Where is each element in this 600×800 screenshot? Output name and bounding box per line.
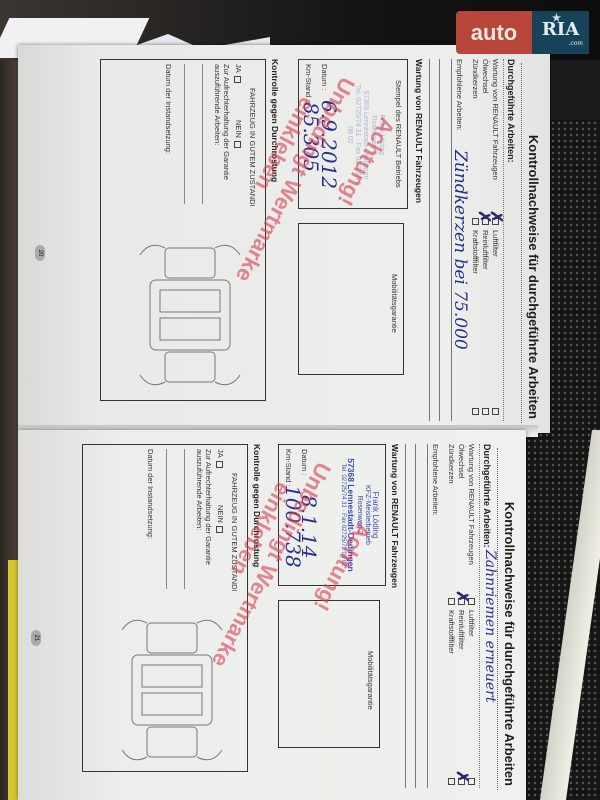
item-label: Luftfilter (467, 610, 476, 637)
repair-date-label: Datum der Instandsetzung: (146, 449, 155, 539)
page-content: Kontrollnachweise für durchgeführte Arbe… (18, 430, 526, 800)
checkbox[interactable] (482, 408, 489, 415)
item-label: Wartung von RENAULT Fahrzeugen (467, 444, 476, 565)
divider (439, 59, 440, 421)
item-label: Kraftstofffilter (447, 610, 456, 654)
mobility-label: Mobilitätsgarantie (366, 651, 375, 710)
date-label: Datum : (320, 64, 329, 90)
autoria-logo: auto ★ RIA .com (456, 11, 589, 54)
recommended-handwritten: Zündkerzen bei 75.000 (450, 150, 470, 350)
yellow-cover-edge (8, 560, 18, 800)
divider (427, 444, 428, 788)
performed-work-heading: Durchgeführte Arbeiten: (506, 59, 516, 163)
vehicle-state: FAHRZEUG IN GUTEM ZUSTAND! (248, 88, 257, 207)
divider (429, 59, 430, 421)
performed-work-heading: Durchgeführte Arbeiten: (482, 444, 492, 548)
divider (479, 444, 480, 788)
car-diagram-icon (117, 615, 227, 765)
recommended-label: Empfohlene Arbeiten: (431, 444, 440, 516)
car-diagram-icon (135, 240, 245, 390)
no-option[interactable]: NEIN (216, 505, 225, 533)
check-mark-icon: ✗ (452, 770, 472, 783)
service-book-page-21: Kontrollnachweise für durchgeführte Arbe… (18, 430, 526, 800)
rust-check-box: FAHRZEUG IN GUTEM ZUSTAND! JA NEIN Zur A… (100, 59, 266, 401)
recommended-label: Empfohlene Arbeiten: (455, 59, 464, 131)
item-label: Zündkerzen (447, 444, 456, 484)
divider (451, 59, 452, 421)
yes-option[interactable]: JA (216, 449, 225, 468)
maintenance-heading: Wartung von RENAULT Fahrzeugen (414, 59, 424, 203)
page-number: 21 (31, 630, 41, 646)
check-mark-icon: ✗ (452, 590, 472, 603)
km-label: Km-Stand : (304, 64, 313, 102)
divider (415, 444, 416, 788)
item-label: Ölwechsel (481, 59, 490, 94)
check-mark-icon: ✗ (474, 210, 494, 223)
maintenance-heading: Wartung von RENAULT Fahrzeugen (390, 444, 400, 588)
logo-ria: ★ RIA .com (532, 11, 589, 54)
page-title: Kontrollnachweise für durchgeführte Arbe… (521, 63, 542, 423)
page-title: Kontrollnachweise für durchgeführte Arbe… (497, 448, 518, 790)
no-option[interactable]: NEIN (234, 120, 243, 148)
logo-auto: auto (456, 11, 532, 54)
mobility-guarantee-box: Mobilitätsgarantie (278, 600, 380, 748)
divider (503, 59, 504, 421)
warranty-text: Zur Aufrechterhaltung der Garantie auszu… (213, 64, 231, 204)
checkbox[interactable] (472, 408, 479, 415)
star-icon: ★ (552, 13, 561, 24)
yes-option[interactable]: JA (234, 64, 243, 83)
item-label: Reinluftfilter (481, 230, 490, 270)
mobility-label: Mobilitätsgarantie (390, 274, 399, 333)
stamp-label: Stempel des RENAULT Betriebs (394, 80, 403, 188)
warranty-text: Zur Aufrechterhaltung der Garantie auszu… (195, 449, 213, 589)
item-label: Wartung von RENAULT Fahrzeugen (491, 59, 500, 180)
service-book-page-20: Kontrollnachweise für durchgeführte Arbe… (18, 45, 550, 433)
km-label: Km-Stand : (284, 449, 293, 487)
rust-check-box: FAHRZEUG IN GUTEM ZUSTAND! JA NEIN Zur A… (82, 444, 248, 772)
repair-date-label: Datum der Instandsetzung: (164, 64, 173, 154)
item-label: Ölwechsel (457, 444, 466, 479)
item-label: Zündkerzen (471, 59, 480, 99)
item-label: Luftfilter (491, 230, 500, 257)
divider (405, 444, 406, 788)
item-label: Kraftstofffilter (471, 230, 480, 274)
page-number: 20 (35, 245, 45, 261)
page-content: Kontrollnachweise für durchgeführte Arbe… (18, 45, 550, 433)
performed-work-handwritten: Zahnriemen erneuert (482, 550, 498, 703)
checkbox[interactable] (492, 408, 499, 415)
item-label: Reinluftfilter (457, 610, 466, 650)
mobility-guarantee-box: Mobilitätsgarantie (298, 223, 404, 375)
